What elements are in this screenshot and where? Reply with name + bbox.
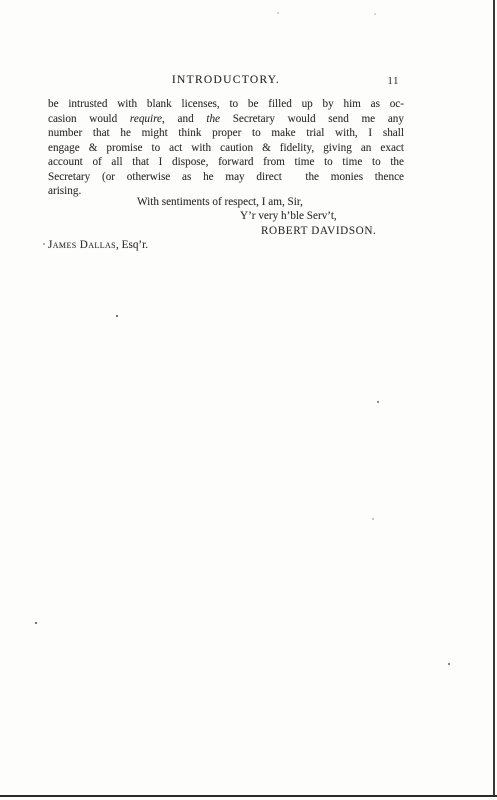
letter-body-paragraph: be intrusted with blank licenses, to be …: [48, 97, 404, 199]
scan-speck: [35, 622, 37, 624]
body-text-italic: the: [206, 113, 220, 125]
body-text: Secretary would send me any: [220, 113, 404, 125]
body-text: , and: [162, 113, 206, 125]
addressee-suffix: , Esq’r.: [116, 239, 148, 251]
body-line: Secretary (or otherwise as he may direct…: [48, 170, 404, 185]
scanned-book-page: INTRODUCTORY. 11 be intrusted with blank…: [0, 0, 497, 800]
body-line: casion would require, and the Secretary …: [48, 112, 404, 127]
closing-valediction-line: Y’r very h’ble Serv’t,: [48, 209, 404, 223]
body-text: casion would: [48, 113, 130, 125]
page-number: 11: [387, 75, 399, 87]
letter-addressee-line: James Dallas, Esq’r.: [48, 238, 404, 252]
body-line: number that he might think proper to mak…: [48, 126, 404, 141]
body-line: engage & promise to act with caution & f…: [48, 141, 404, 156]
addressee-name: James Dallas: [48, 239, 116, 251]
closing-signature-name: ROBERT DAVIDSON.: [48, 224, 404, 238]
body-line: account of all that I dispose, forward f…: [48, 155, 404, 170]
body-line: be intrusted with blank licenses, to be …: [48, 97, 404, 112]
closing-sentiment-line: With sentiments of respect, I am, Sir,: [48, 195, 404, 209]
running-header-title: INTRODUCTORY.: [48, 74, 404, 86]
letter-closing: With sentiments of respect, I am, Sir, Y…: [48, 195, 404, 253]
scan-speck: [372, 518, 374, 520]
body-text-italic: require: [130, 113, 162, 125]
running-header: INTRODUCTORY. 11: [48, 74, 404, 90]
scan-right-edge-line: [493, 0, 495, 797]
scan-bottom-edge-line: [0, 795, 497, 797]
scan-speck: [377, 401, 379, 403]
scan-speck: [277, 12, 279, 14]
scan-speck: [43, 243, 45, 245]
scan-speck: [374, 13, 376, 15]
scan-speck: [448, 663, 450, 665]
scan-speck: [116, 315, 118, 317]
